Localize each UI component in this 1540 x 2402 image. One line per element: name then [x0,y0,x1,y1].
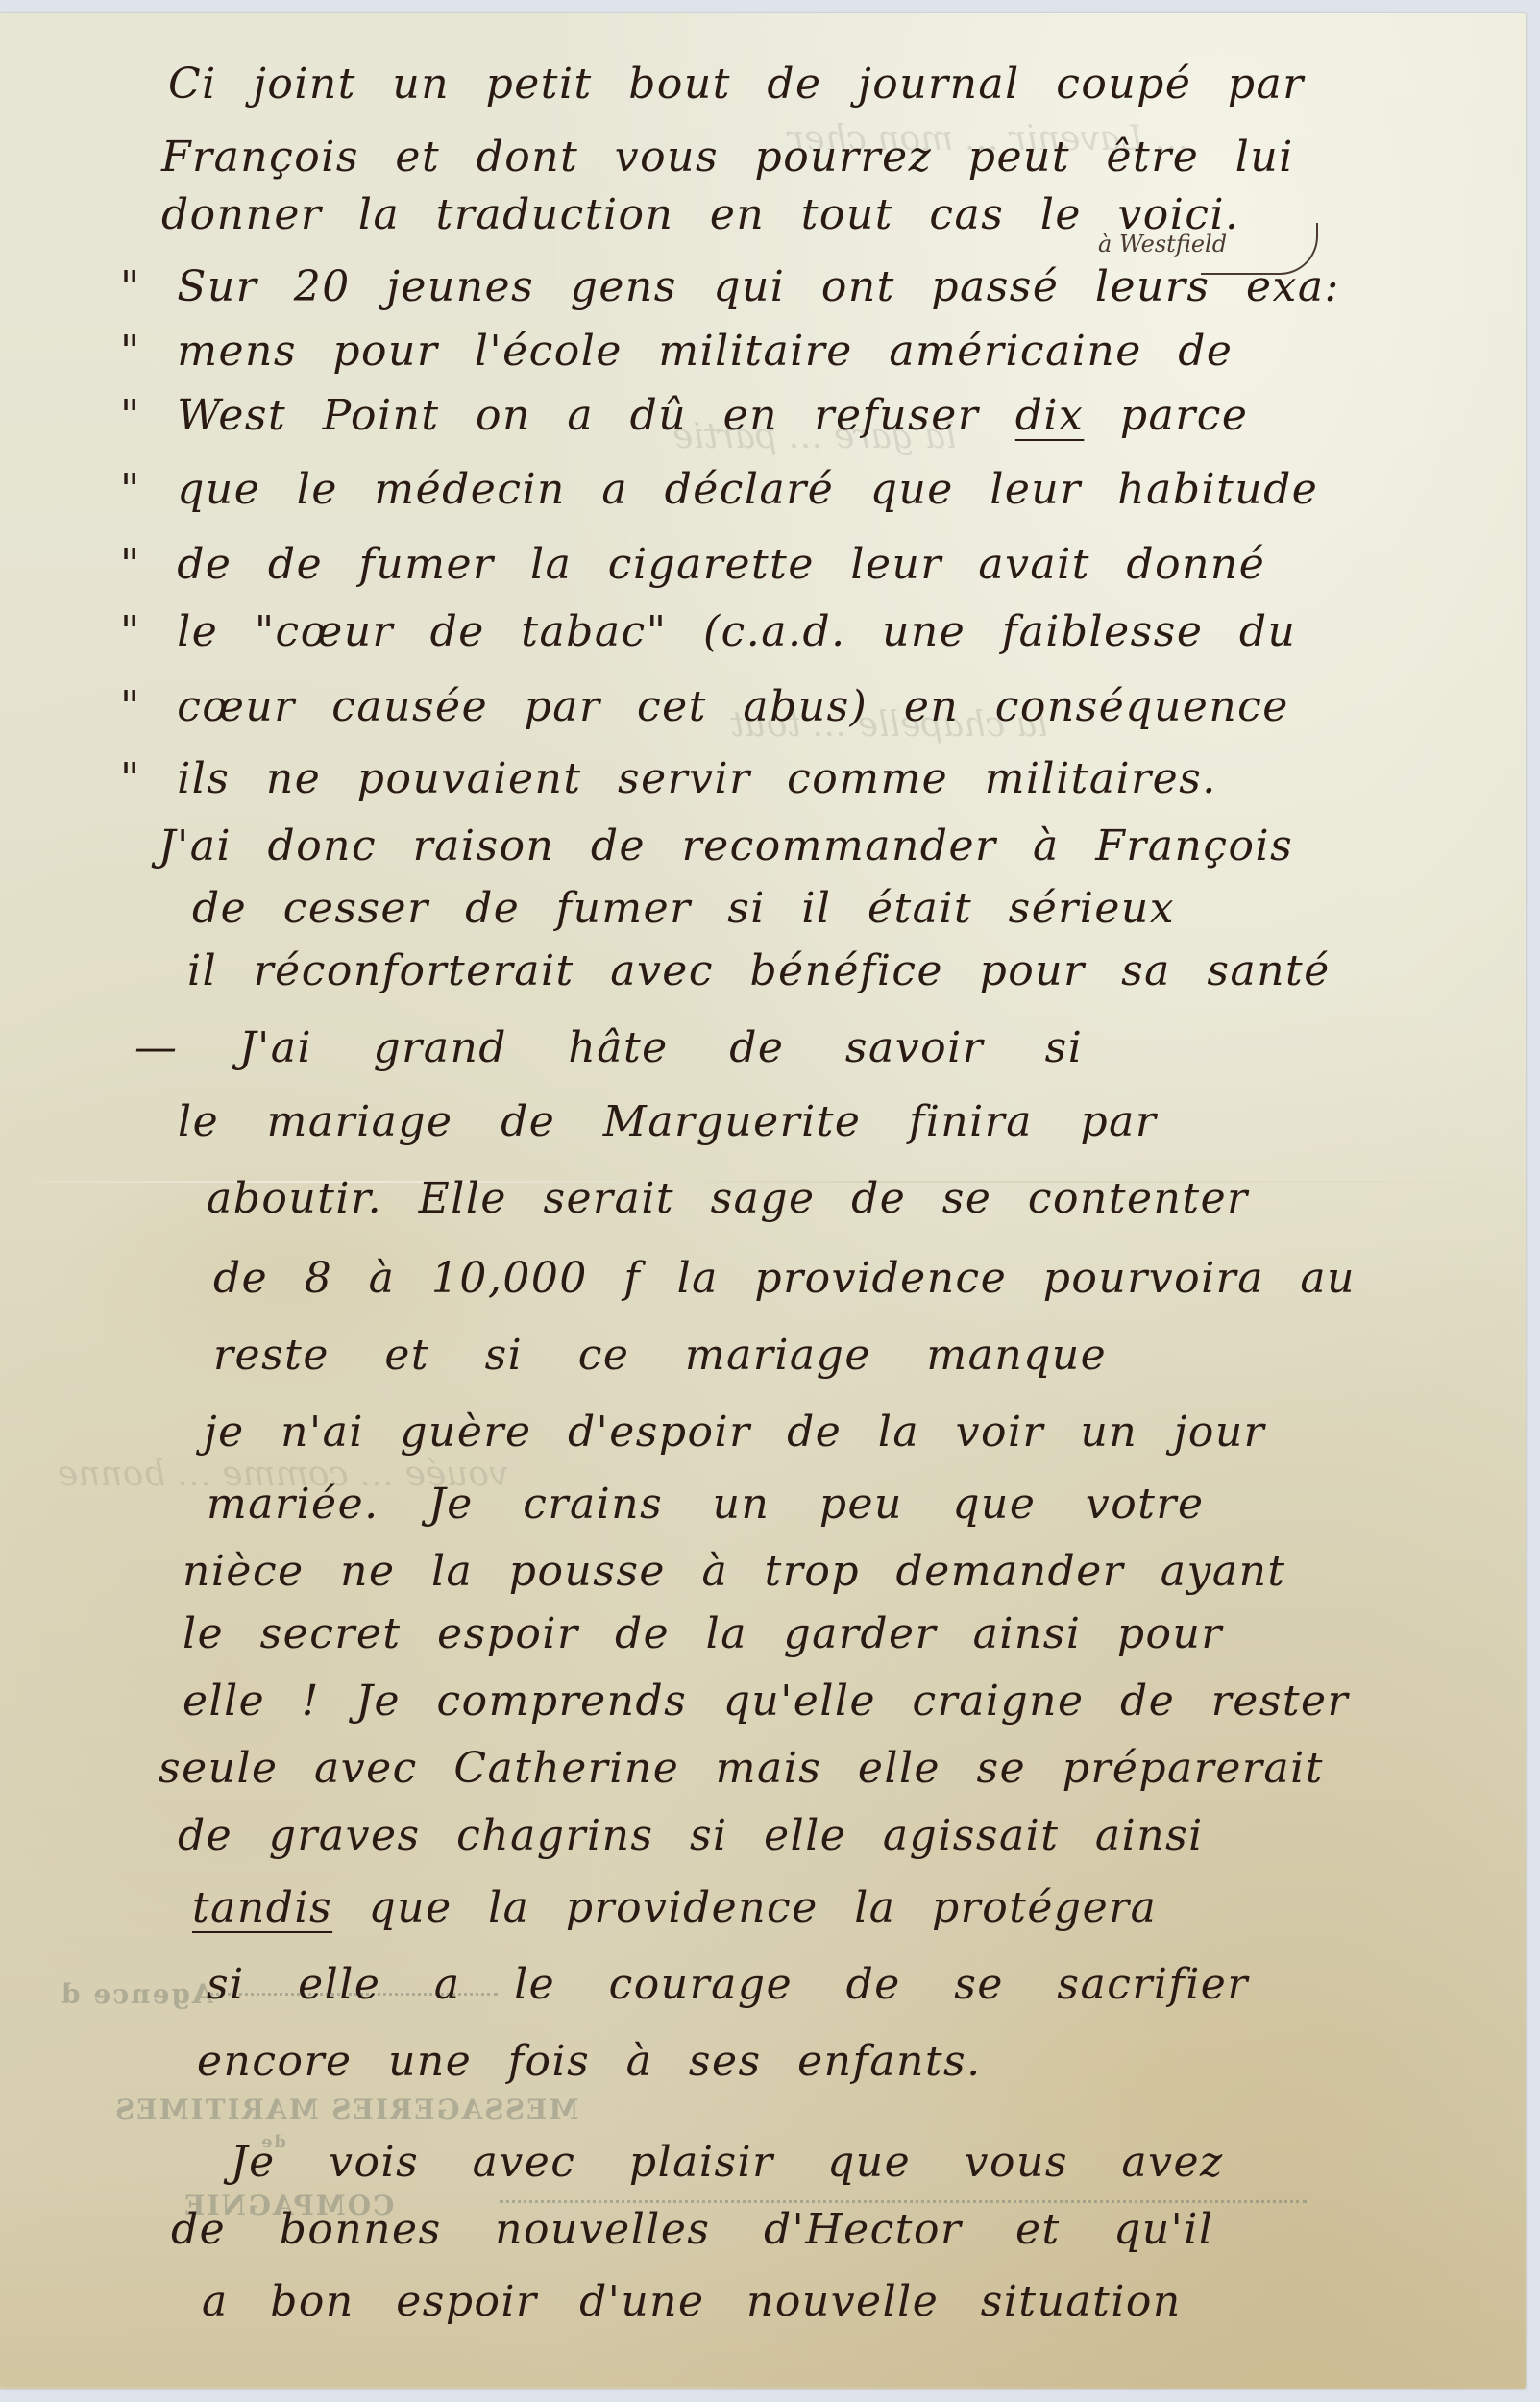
show-through-rule [500,2200,1307,2203]
line-text: parce [1084,391,1248,440]
letter-line: seule avec Catherine mais elle se prépar… [159,1748,1324,1790]
letter-line: " Sur 20 jeunes gens qui ont passé leurs… [120,266,1340,308]
line-text: que la providence la protégera [332,1883,1157,1932]
letter-line: le secret espoir de la garder ainsi pour [183,1613,1223,1655]
letter-line: " de de fumer la cigarette leur avait do… [120,544,1265,586]
letter-line: François et dont vous pourrez peut être … [161,136,1294,179]
letter-line: J'ai donc raison de recommander à Franço… [159,825,1293,868]
letter-line: mariée. Je crains un peu que votre [207,1483,1204,1526]
letter-line: " West Point on a dû en refuser dix parc… [120,395,1248,437]
letter-line: elle ! Je comprends qu'elle craigne de r… [183,1680,1349,1723]
letter-line: je n'ai guère d'espoir de la voir un jou… [204,1411,1265,1454]
letter-line: a bon espoir d'une nouvelle situation [202,2281,1182,2323]
underlined-word: dix [1015,391,1085,440]
letter-line: Ci joint un petit bout de journal coupé … [168,63,1305,106]
letter-line: " le "cœur de tabac" (c.a.d. une faibles… [120,611,1296,653]
letter-line: donner la traduction en tout cas le voic… [161,194,1240,236]
letter-line: si elle a le courage de se sacrifier [207,1964,1249,2006]
letter-line: de cesser de fumer si il était sérieux [192,888,1175,930]
letter-line: nièce ne la pousse à trop demander ayant [183,1551,1286,1593]
letter-line: encore une fois à ses enfants. [197,2041,982,2083]
letter-line: " cœur causée par cet abus) en conséquen… [120,686,1289,728]
letter-line: de 8 à 10,000 f la providence pourvoira … [213,1258,1356,1300]
letter-page: … Lavenir … mon cher la gare … partie la… [0,13,1526,2389]
letter-line: " ils ne pouvaient servir comme militair… [120,758,1217,800]
letter-line: Je vois avec plaisir que vous avez [231,2142,1224,2184]
letter-line: de graves chagrins si elle agissait ains… [178,1815,1204,1857]
underlined-word: tandis [192,1883,332,1932]
letter-line: il réconforterait avec bénéfice pour sa … [187,950,1331,993]
letter-line: " que le médecin a déclaré que leur habi… [120,469,1318,511]
letter-line: aboutir. Elle serait sage de se contente… [207,1178,1249,1220]
show-through-stamp: Agence d [60,1978,213,2010]
letter-line: de bonnes nouvelles d'Hector et qu'il [171,2209,1213,2251]
letter-line: — J'ai grand hâte de savoir si [134,1027,1083,1069]
letter-line: " mens pour l'école militaire américaine… [120,331,1233,373]
line-text: " West Point on a dû en refuser [120,391,1015,440]
letter-line: le mariage de Marguerite finira par [178,1101,1157,1143]
letter-line: reste et si ce mariage manque [213,1335,1107,1377]
show-through-stamp: MESSAGERIES MARITIMES [113,2094,578,2125]
letter-line: tandis que la providence la protégera [192,1887,1157,1929]
